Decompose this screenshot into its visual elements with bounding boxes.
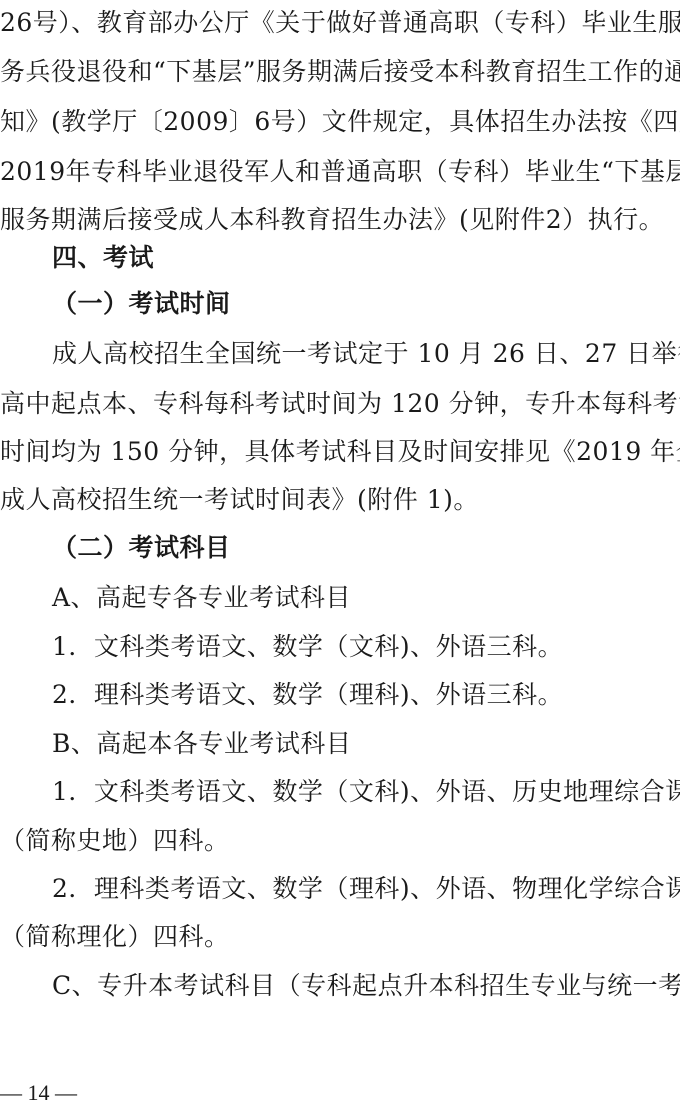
- group-b-item-continued: （简称理化）四科。: [0, 922, 680, 952]
- group-b-title: B、高起本各专业考试科目: [0, 729, 680, 759]
- document-page: 26号）、教育部办公厅《关于做好普通高职（专科）毕业生服义 务兵役退役和“下基层…: [0, 0, 680, 1105]
- paragraph-line: 2019年专科毕业退役军人和普通高职（专科）毕业生“下基层”: [0, 157, 680, 187]
- page-number: — 14 —: [0, 1080, 77, 1105]
- group-a-title: A、高起专各专业考试科目: [0, 583, 680, 613]
- paragraph-line: 知》(教学厅〔2009〕6号）文件规定，具体招生办法按《四川省: [0, 107, 680, 137]
- paragraph-line: 务兵役退役和“下基层”服务期满后接受本科教育招生工作的通: [0, 57, 680, 87]
- group-b-item-continued: （简称史地）四科。: [0, 826, 680, 856]
- paragraph-line: 成人高校招生全国统一考试定于 10 月 26 日、27 日举行，: [0, 339, 680, 369]
- paragraph-line: 服务期满后接受成人本科教育招生办法》(见附件2）执行。: [0, 205, 680, 235]
- group-b-item: 1．文科类考语文、数学（文科)、外语、历史地理综合课: [0, 777, 680, 807]
- paragraph-line: 时间均为 150 分钟，具体考试科目及时间安排见《2019 年全国: [0, 437, 680, 467]
- subsection-heading-exam-subjects: （二）考试科目: [0, 533, 680, 563]
- section-heading-exam: 四、考试: [0, 243, 680, 273]
- paragraph-line: 成人高校招生统一考试时间表》(附件 1)。: [0, 485, 680, 515]
- group-b-item: 2．理科类考语文、数学（理科)、外语、物理化学综合课: [0, 874, 680, 904]
- subsection-heading-exam-time: （一）考试时间: [0, 289, 680, 319]
- paragraph-line: 26号）、教育部办公厅《关于做好普通高职（专科）毕业生服义: [0, 8, 680, 38]
- group-a-item: 2．理科类考语文、数学（理科)、外语三科。: [0, 680, 680, 710]
- group-a-item: 1．文科类考语文、数学（文科)、外语三科。: [0, 632, 680, 662]
- paragraph-line: 高中起点本、专科每科考试时间为 120 分钟，专升本每科考试: [0, 389, 680, 419]
- group-c-title: C、专升本考试科目（专科起点升本科招生专业与统一考试: [0, 971, 680, 1001]
